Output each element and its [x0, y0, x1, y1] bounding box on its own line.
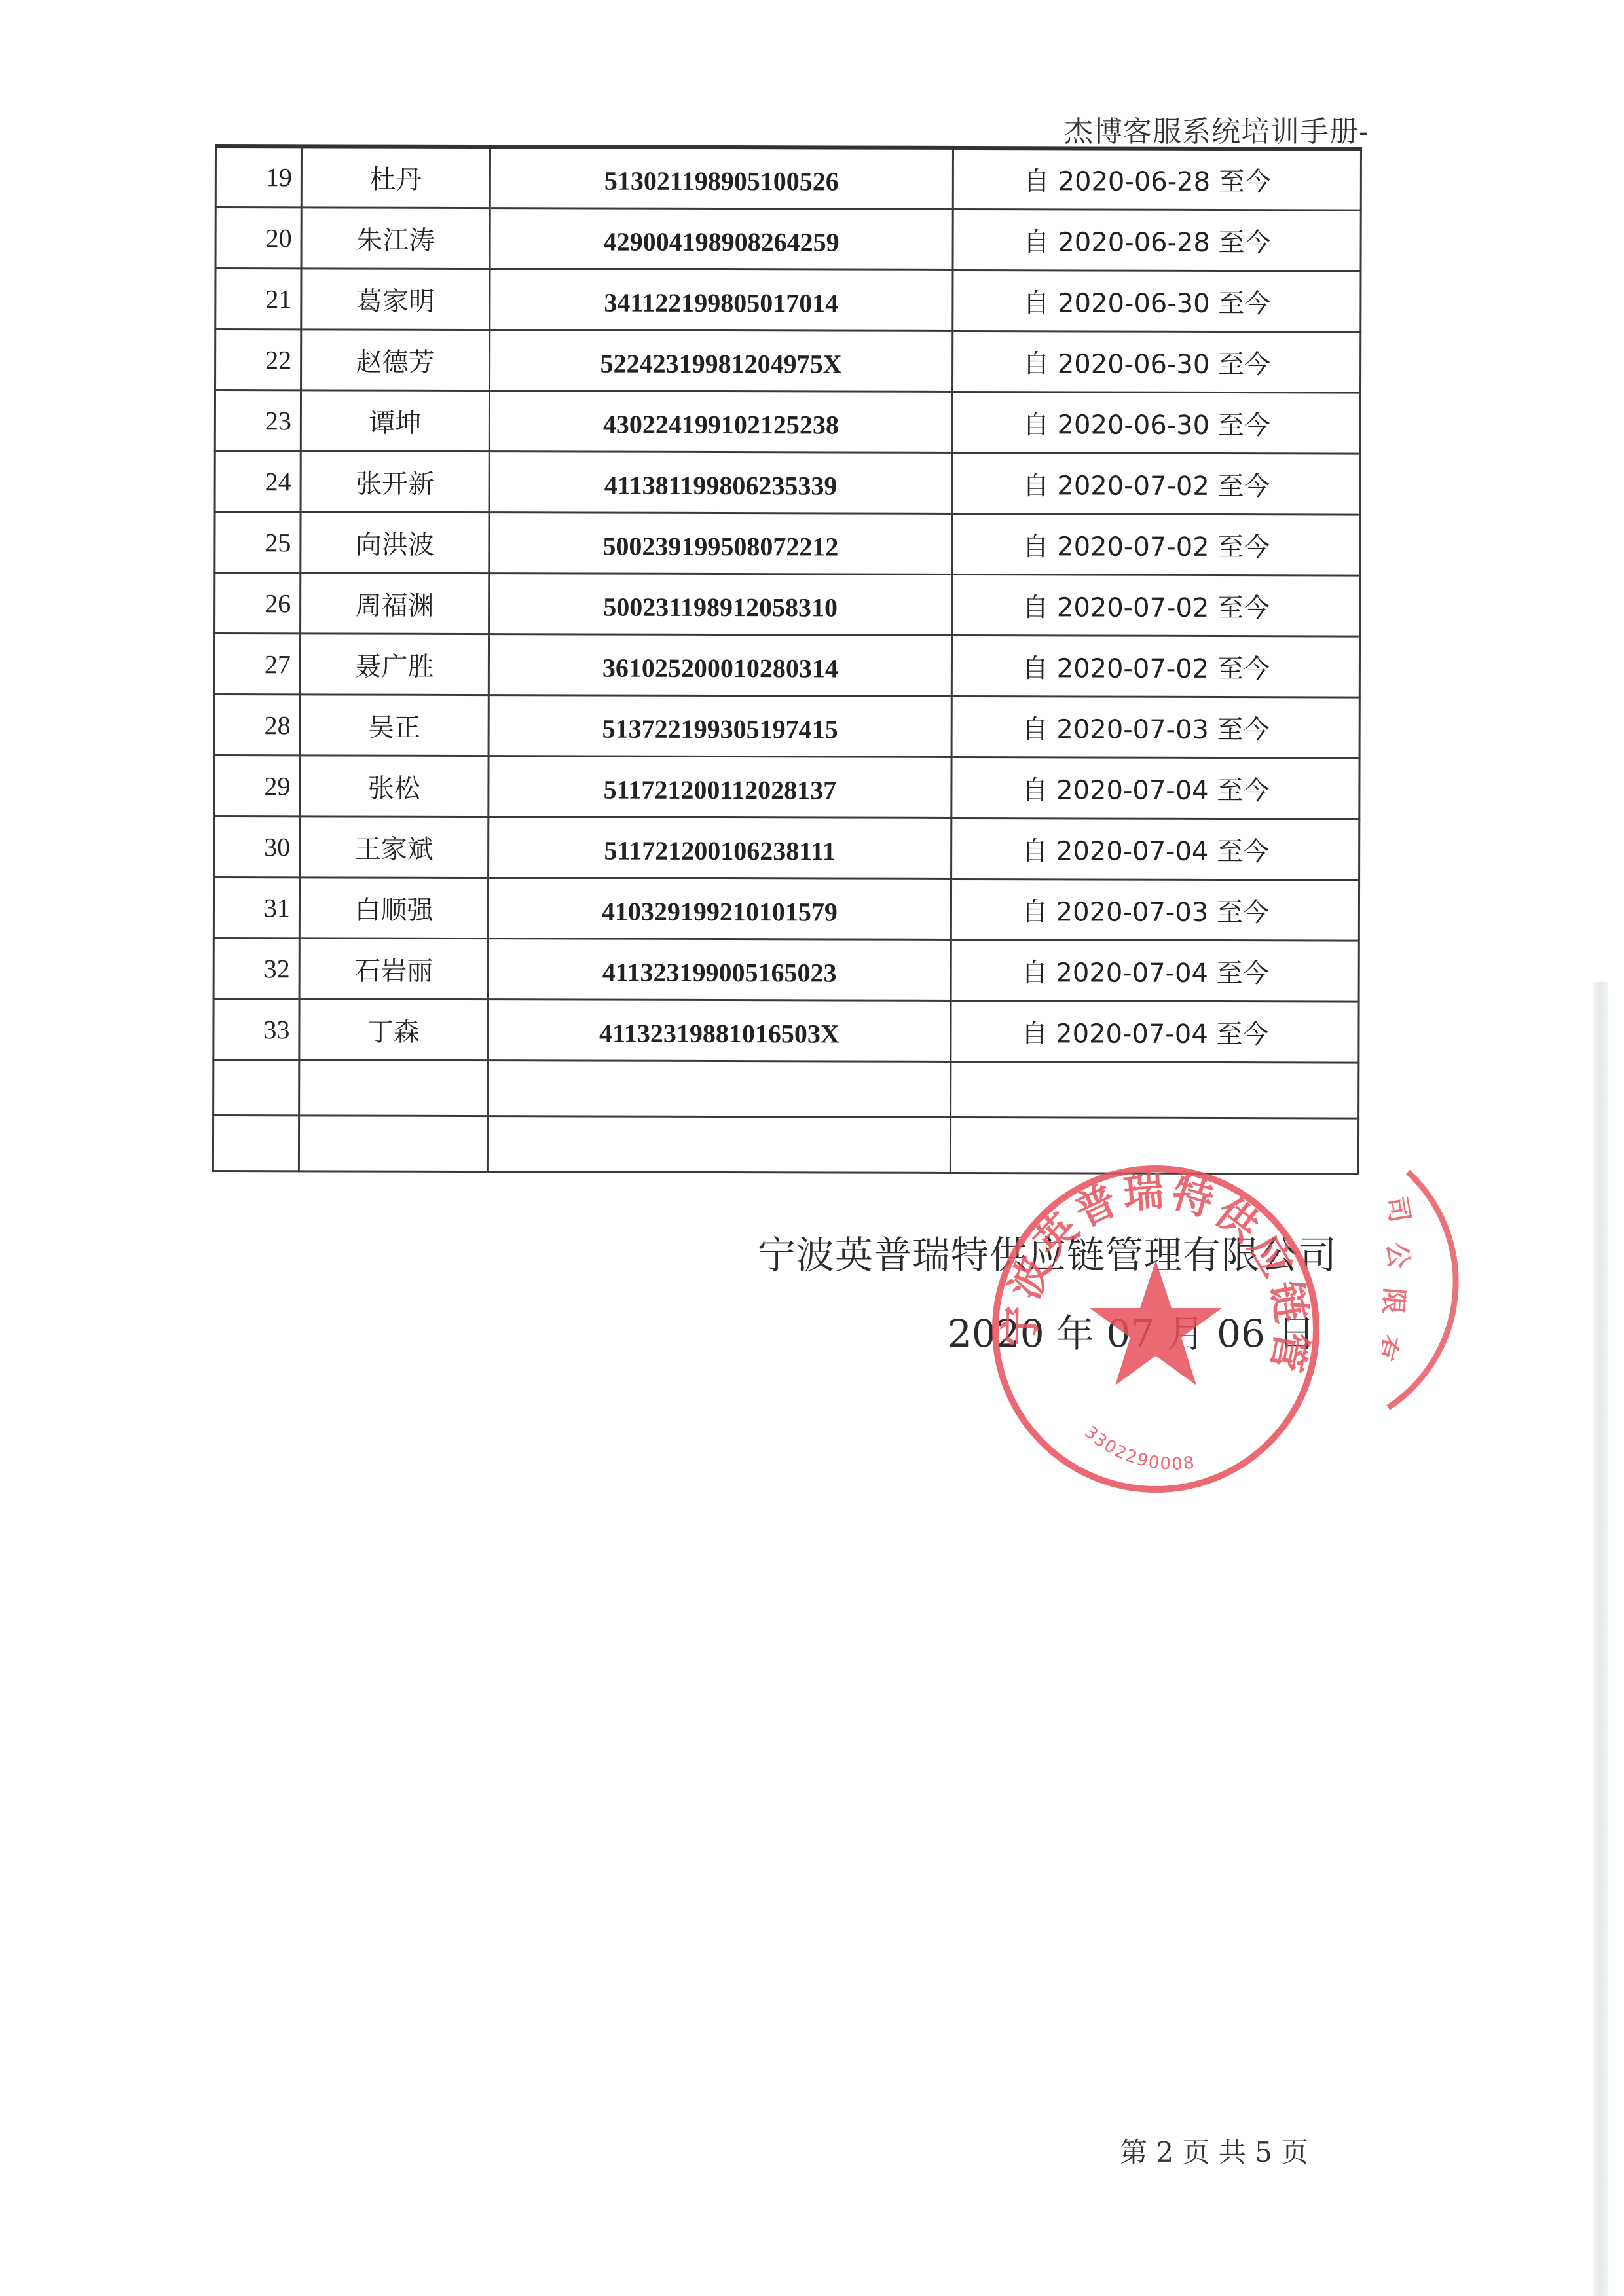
id-number: 411381199806235339 [489, 452, 952, 514]
employee-name: 吴正 [300, 695, 489, 756]
row-number: 31 [213, 877, 299, 938]
empty-cell [299, 1116, 487, 1172]
roster-body: 19杜丹513021198905100526自 2020-06-28 至今20朱… [213, 147, 1361, 1175]
employee-name: 王家斌 [300, 816, 489, 878]
id-number: 511721200112028137 [489, 756, 951, 818]
table-row: 23谭坤430224199102125238自 2020-06-30 至今 [215, 390, 1360, 454]
row-number: 25 [215, 512, 301, 573]
employment-period: 自 2020-07-03 至今 [951, 879, 1359, 941]
employment-period: 自 2020-07-04 至今 [951, 939, 1359, 1002]
id-number: 411323199005165023 [488, 939, 951, 1001]
id-number: 410329199210101579 [488, 878, 951, 940]
table-row: 25向洪波500239199508072212自 2020-07-02 至今 [215, 512, 1360, 576]
row-number: 21 [215, 268, 301, 329]
employment-period: 自 2020-07-02 至今 [952, 574, 1360, 636]
empty-cell [213, 1059, 299, 1115]
employee-name: 丁森 [299, 999, 488, 1061]
employment-period: 自 2020-07-02 至今 [952, 452, 1360, 515]
employment-period: 自 2020-06-30 至今 [953, 270, 1361, 332]
empty-cell [488, 1061, 951, 1118]
row-number: 19 [215, 147, 301, 208]
row-number: 22 [215, 329, 301, 390]
row-number: 30 [214, 816, 300, 877]
employment-period: 自 2020-07-04 至今 [951, 757, 1359, 819]
employment-period: 自 2020-07-04 至今 [951, 1000, 1359, 1063]
row-number: 28 [214, 695, 300, 756]
id-number: 341122199805017014 [490, 269, 953, 331]
employee-roster-table: 19杜丹513021198905100526自 2020-06-28 至今20朱… [212, 145, 1362, 1175]
empty-cell [213, 1115, 299, 1171]
scan-edge-shadow [1593, 982, 1608, 2296]
svg-text:公: 公 [1382, 1241, 1413, 1270]
row-number: 24 [215, 451, 301, 512]
table-row: 26周福渊500231198912058310自 2020-07-02 至今 [215, 573, 1360, 637]
id-number: 429004198908264259 [490, 208, 953, 270]
row-number: 29 [214, 756, 300, 816]
empty-cell [950, 1117, 1358, 1174]
id-number: 511721200106238111 [489, 817, 951, 879]
row-number: 26 [215, 573, 301, 634]
table-row: 28吴正513722199305197415自 2020-07-03 至今 [214, 695, 1359, 759]
table-row: 32石岩丽411323199005165023自 2020-07-04 至今 [213, 938, 1359, 1002]
employment-period: 自 2020-06-28 至今 [953, 209, 1361, 271]
table-row: 20朱江涛429004198908264259自 2020-06-28 至今 [215, 208, 1361, 272]
svg-text:限: 限 [1382, 1286, 1409, 1315]
employment-period: 自 2020-06-28 至今 [953, 148, 1361, 210]
employment-period: 自 2020-07-04 至今 [951, 818, 1359, 880]
table-row: 27聂广胜361025200010280314自 2020-07-02 至今 [214, 634, 1359, 698]
blank-table-row [213, 1115, 1358, 1174]
table-row: 31白顺强410329199210101579自 2020-07-03 至今 [213, 877, 1359, 941]
signature-date: 2020 年 07 月 06 日 [948, 1303, 1315, 1358]
table-row: 29张松511721200112028137自 2020-07-04 至今 [214, 756, 1359, 820]
blank-table-row [213, 1059, 1359, 1118]
employee-name: 朱江涛 [301, 208, 490, 269]
employment-period: 自 2020-06-30 至今 [953, 331, 1361, 393]
empty-cell [951, 1061, 1359, 1118]
row-number: 23 [215, 390, 301, 451]
table-row: 33丁森41132319881016503X自 2020-07-04 至今 [213, 998, 1359, 1063]
id-number: 52242319981204975X [490, 330, 953, 392]
page-number: 第 2 页 共 5 页 [1120, 2131, 1308, 2170]
employment-period: 自 2020-06-30 至今 [952, 392, 1360, 454]
employee-name: 聂广胜 [300, 634, 489, 695]
row-number: 27 [214, 634, 300, 695]
employee-roster-table-container: 19杜丹513021198905100526自 2020-06-28 至今20朱… [212, 145, 1362, 1175]
empty-cell [299, 1060, 488, 1116]
employee-name: 葛家明 [301, 268, 490, 330]
table-row: 24张开新411381199806235339自 2020-07-02 至今 [215, 451, 1360, 515]
table-row: 19杜丹513021198905100526自 2020-06-28 至今 [215, 147, 1361, 211]
employee-name: 谭坤 [301, 390, 489, 452]
id-number: 361025200010280314 [489, 634, 951, 697]
employment-period: 自 2020-07-03 至今 [951, 696, 1359, 758]
document-header-title: 杰博客服系统培训手册- [1064, 108, 1369, 150]
row-number: 32 [213, 938, 299, 998]
id-number: 500239199508072212 [489, 513, 952, 575]
employee-name: 石岩丽 [299, 938, 488, 1000]
table-row: 30王家斌511721200106238111自 2020-07-04 至今 [214, 816, 1359, 881]
employee-name: 赵德芳 [301, 329, 490, 391]
company-name: 宁波英普瑞特供应链管理有限公司 [758, 1224, 1337, 1279]
employee-name: 周福渊 [301, 573, 489, 634]
row-number: 33 [213, 998, 299, 1059]
table-row: 21葛家明341122199805017014自 2020-06-30 至今 [215, 268, 1361, 333]
svg-text:有: 有 [1382, 1330, 1403, 1364]
employee-name: 张松 [300, 756, 489, 817]
employee-name: 张开新 [301, 451, 489, 513]
id-number: 430224199102125238 [489, 391, 952, 453]
table-row: 22赵德芳52242319981204975X自 2020-06-30 至今 [215, 329, 1361, 393]
id-number: 41132319881016503X [488, 1000, 951, 1062]
employment-period: 自 2020-07-02 至今 [952, 513, 1360, 575]
id-number: 513722199305197415 [489, 695, 951, 757]
id-number: 500231198912058310 [489, 574, 952, 636]
empty-cell [487, 1116, 950, 1173]
employee-name: 杜丹 [301, 147, 490, 208]
employee-name: 白顺强 [299, 877, 488, 939]
id-number: 513021198905100526 [490, 147, 953, 210]
employee-name: 向洪波 [301, 512, 489, 574]
row-number: 20 [215, 208, 301, 268]
svg-text:司: 司 [1382, 1194, 1414, 1225]
partial-seal-stamp: 司 公 限 有 [1382, 1159, 1460, 1421]
employment-period: 自 2020-07-02 至今 [951, 635, 1359, 697]
